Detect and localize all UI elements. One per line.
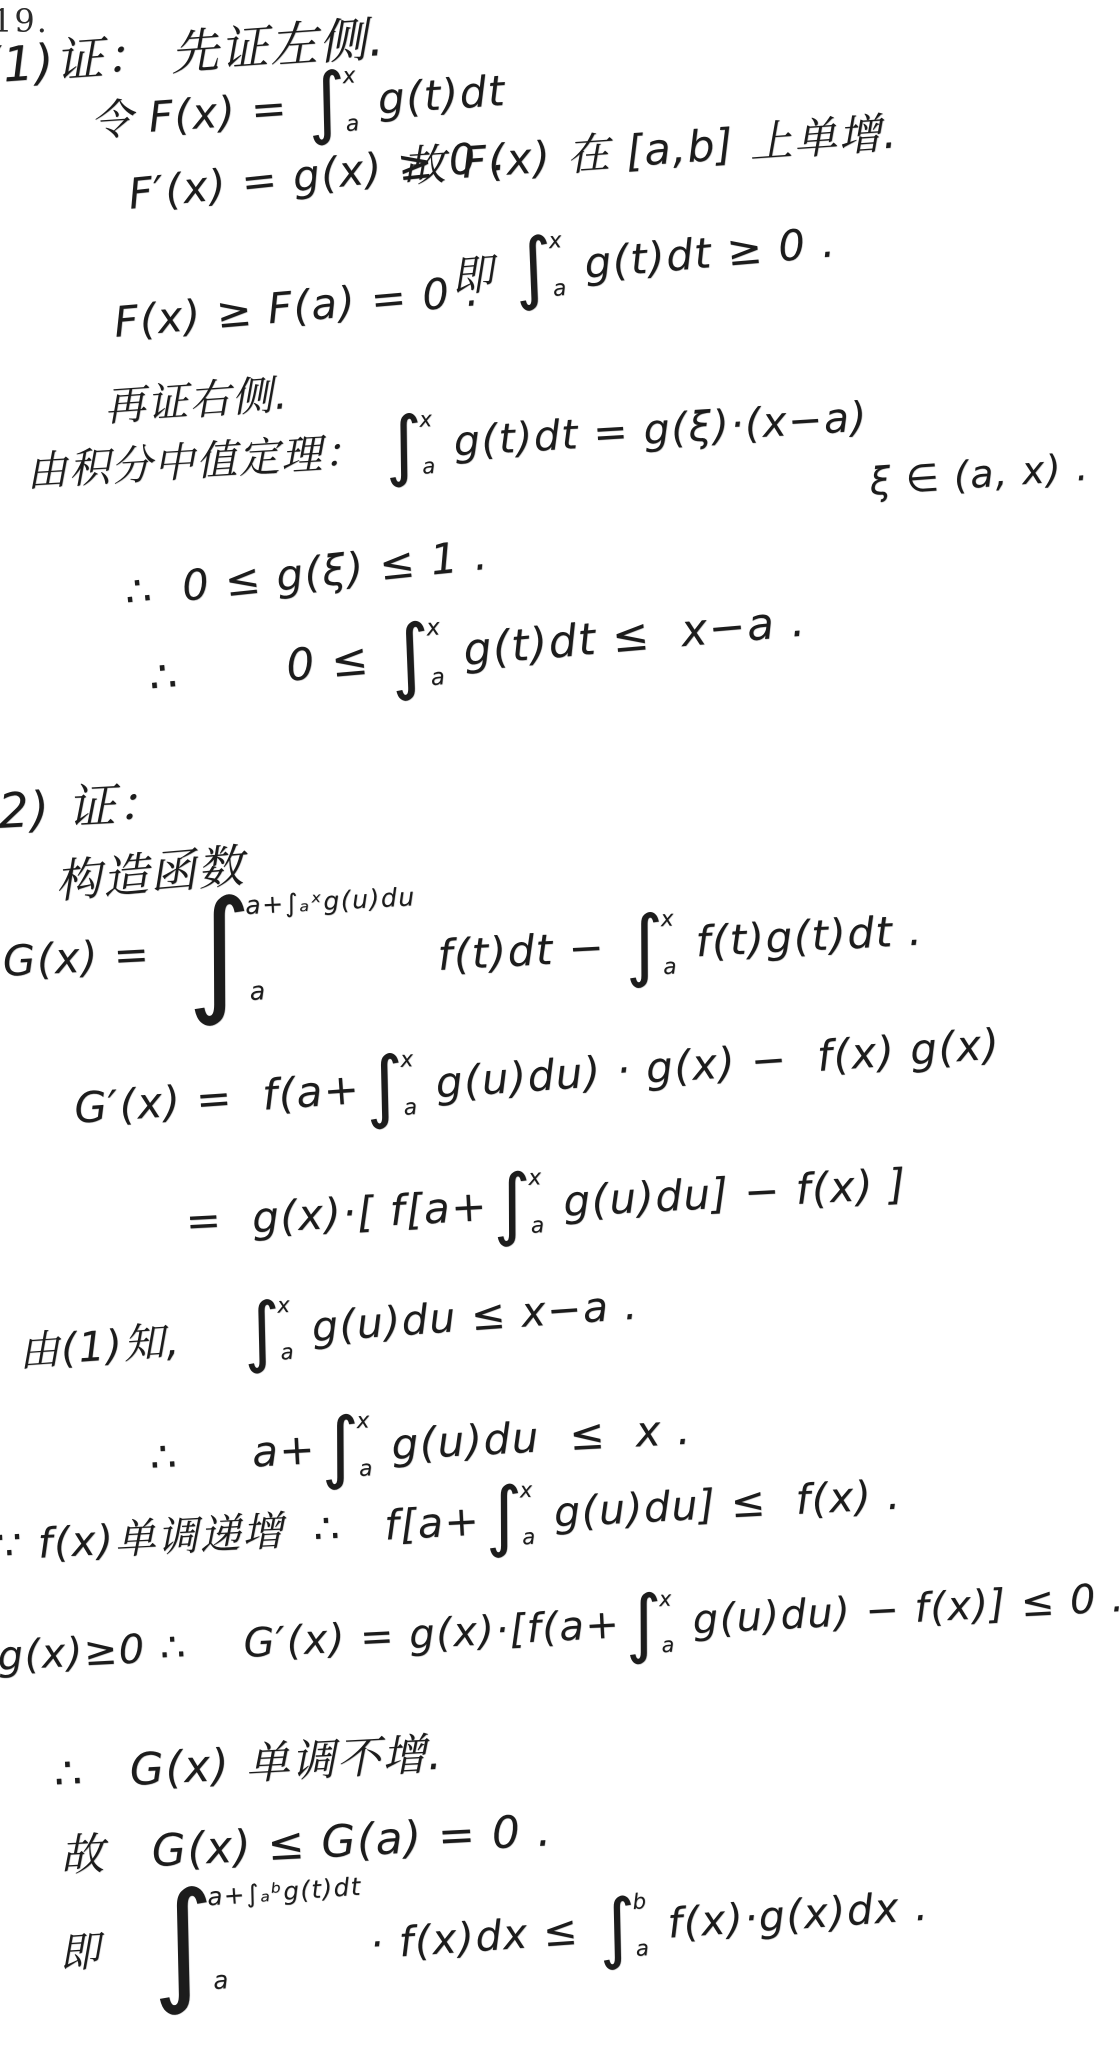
integral-lower-limit: a bbox=[522, 1527, 538, 1549]
integral-upper-limit: x bbox=[425, 616, 442, 640]
integral-lower-limit: a bbox=[212, 1959, 368, 1994]
formula-part1-conclusion: ∴ 0 ≤ ∫xa g(t)dt ≤ x−a . bbox=[146, 587, 809, 713]
integral-upper-limit: x bbox=[660, 908, 676, 931]
integral: ∫xa bbox=[386, 618, 447, 692]
formula-a-plus-integral: ∴ a+∫xa g(u)du ≤ x . bbox=[148, 1396, 693, 1490]
integral-lower-limit: a bbox=[661, 1635, 676, 1657]
formula-tail: · f(x)dx ≤ ∫ba f(x)·g(x)dx . bbox=[368, 1874, 932, 1977]
formula-segment: f(t)dt − bbox=[422, 922, 622, 981]
formula-segment: f(x)·g(x)dx . bbox=[652, 1882, 931, 1949]
formula-segment: g(u)du) · g(x) − f(x) g(x) bbox=[419, 1019, 1002, 1108]
proof-text: (2) 证： bbox=[0, 764, 168, 843]
formula-g-xi-bounds: ∴ 0 ≤ g(ξ) ≤ 1 . bbox=[122, 530, 491, 617]
integral-limits: xa bbox=[659, 1591, 677, 1655]
integral-upper-limit: x bbox=[276, 1295, 292, 1317]
integral-lower-limit: a bbox=[552, 278, 569, 301]
formula-f-monotone: ∵ f(x)单调递增 ∴ f[a+∫xa g(u)du] ≤ f(x) . bbox=[0, 1463, 903, 1575]
proof-text: 由积分中值定理： bbox=[24, 417, 381, 498]
formula-segment: g(x)≥0 ∴ G′(x) = g(x)·[f(a+ bbox=[0, 1602, 621, 1681]
integral-upper-limit: x bbox=[659, 1589, 674, 1611]
integral-lower-limit: a bbox=[345, 113, 361, 136]
formula-segment: g(u)du] − f(x) ] bbox=[547, 1159, 908, 1227]
formula-segment: g(t)dt bbox=[361, 65, 507, 124]
formula-segment: G(x) = bbox=[2, 928, 182, 986]
integral-upper-limit: x bbox=[548, 230, 565, 253]
formula-from-part1: 由(1)知, ∫xa g(u)du ≤ x−a . bbox=[16, 1273, 641, 1381]
integral-limits: xa bbox=[419, 411, 437, 476]
integral-limits: xa bbox=[342, 67, 361, 134]
integral: ∫xa bbox=[622, 910, 678, 979]
integral-lower-limit: a bbox=[422, 456, 438, 478]
formula-G-derivative-factored: = g(x)·[ f[a+∫xa g(u)du] − f(x) ] bbox=[184, 1150, 908, 1254]
remark-G-nonincreasing: ∴ G(x) 单调不增. bbox=[52, 1718, 444, 1802]
integral-lower-limit: a bbox=[663, 956, 679, 979]
formula-segment: F(x) ≥ F(a) = 0 . bbox=[112, 266, 482, 347]
integral: ∫xa bbox=[304, 67, 361, 137]
integral-upper-limit: x bbox=[519, 1480, 535, 1502]
integral-upper-limit: x bbox=[342, 65, 358, 88]
integral-upper-limit: x bbox=[528, 1167, 544, 1190]
formula-segment: 令 F(x) = bbox=[88, 74, 304, 149]
integral-limits: a+∫ₐᵇg(t)dta bbox=[207, 1877, 369, 1992]
integral-limits: xa bbox=[400, 1051, 419, 1118]
integral-lower-limit: a bbox=[403, 1097, 419, 1120]
formula-segment: f(t)g(t)dt . bbox=[679, 906, 924, 968]
integral: ∫ba bbox=[595, 1893, 651, 1961]
integral-upper-limit: x bbox=[356, 1410, 372, 1433]
integral: ∫xa bbox=[490, 1169, 546, 1238]
integral-limits: xa bbox=[277, 1297, 296, 1362]
formula-segment: ∴ a+ bbox=[148, 1424, 317, 1482]
proof-text: ∵ f(x)单调递增 ∴ f[a+ bbox=[0, 1487, 482, 1571]
proof-text: 由(1)知, bbox=[16, 1303, 240, 1377]
integral-limits: xa bbox=[519, 1482, 537, 1547]
integral-limits: a+∫ₐˣg(u)dua bbox=[245, 886, 421, 1002]
integral: ∫xa bbox=[362, 1051, 419, 1121]
integral-upper-limit: x bbox=[400, 1049, 416, 1072]
formula-segment: g(u)du] ≤ f(x) . bbox=[538, 1471, 902, 1538]
formula-segment: ∴ 0 ≤ bbox=[147, 632, 387, 703]
formula-segment: = g(x)·[ f[a+ bbox=[184, 1181, 489, 1246]
formula-integral-nonneg: 即 ∫xa g(t)dt ≥ 0 . bbox=[448, 208, 839, 307]
integral-lower-limit: a bbox=[359, 1458, 375, 1481]
formula-segment: g(t)dt = g(ξ)·(x−a) bbox=[438, 393, 869, 467]
formula-segment: ξ ∈ (a, x) . bbox=[868, 445, 1091, 504]
integral: ∫xa bbox=[382, 411, 437, 478]
formula-segment: 即 bbox=[448, 240, 511, 305]
integral-upper-limit: a+∫ₐˣg(u)du bbox=[244, 884, 416, 918]
integral: ∫xa bbox=[318, 1412, 374, 1481]
formula-segment: G′(x) = f(a+ bbox=[73, 1064, 362, 1133]
integral-upper-limit: a+∫ₐᵇg(t)dt bbox=[206, 1875, 362, 1910]
integral-limits: xa bbox=[528, 1169, 546, 1236]
integral: ∫xa bbox=[510, 232, 568, 302]
integral: ∫xa bbox=[623, 1591, 677, 1656]
proof-text: ∴ G(x) 单调不增. bbox=[52, 1718, 444, 1802]
formula-segment: g(u)du ≤ x−a . bbox=[296, 1281, 640, 1353]
integral-lower-limit: a bbox=[280, 1342, 296, 1364]
integral-lower-limit: a bbox=[249, 970, 421, 1004]
formula-segment: g(t)dt ≥ 0 . bbox=[568, 217, 838, 289]
formula-segment: ∴ 0 ≤ g(ξ) ≤ 1 . bbox=[122, 530, 491, 617]
formula-segment: g(u)du) − f(x)] ≤ 0 . bbox=[677, 1575, 1119, 1644]
handwritten-page: 19. (1)证： 先证左侧. 令 F(x) = ∫xa g(t)dt F′(x… bbox=[0, 0, 1119, 2048]
formula-G-derivative: G′(x) = f(a+∫xa g(u)du) · g(x) − f(x) g(… bbox=[72, 1010, 1002, 1141]
integral-lower-limit: a bbox=[430, 666, 447, 690]
formula-segment: g(u)du ≤ x . bbox=[375, 1404, 692, 1469]
integral: ∫xa bbox=[240, 1297, 296, 1365]
formula-G-derivative-nonpositive: g(x)≥0 ∴ G′(x) = g(x)·[f(a+∫xa g(u)du) −… bbox=[0, 1567, 1119, 1689]
integral: ∫xa bbox=[482, 1482, 537, 1549]
integral-limits: xa bbox=[356, 1412, 374, 1479]
formula-segment: g(t)dt ≤ x−a . bbox=[446, 596, 808, 678]
integral-upper-limit: x bbox=[419, 409, 435, 431]
integral-lower-limit: a bbox=[635, 1938, 651, 1960]
integral: ∫a+∫ₐˣg(u)dua bbox=[181, 886, 421, 1006]
integral-limits: ba bbox=[632, 1893, 651, 1958]
paper-glare bbox=[760, 1960, 1040, 2048]
integral-limits: xa bbox=[660, 910, 678, 977]
part2-title: (2) 证： bbox=[0, 764, 168, 843]
proof-text: 即 bbox=[57, 1915, 147, 1980]
integral-lower-limit: a bbox=[530, 1215, 546, 1238]
integral: ∫a+∫ₐᵇg(t)dta bbox=[145, 1877, 369, 1997]
formula-segment: · f(x)dx ≤ bbox=[368, 1905, 595, 1969]
formula-F-geq-Fa: F(x) ≥ F(a) = 0 . bbox=[112, 266, 482, 347]
formula-tail: f(t)dt − ∫xa f(t)g(t)dt . bbox=[421, 897, 925, 989]
integral-upper-limit: b bbox=[632, 1891, 648, 1913]
formula-xi-domain: ξ ∈ (a, x) . bbox=[868, 445, 1091, 504]
